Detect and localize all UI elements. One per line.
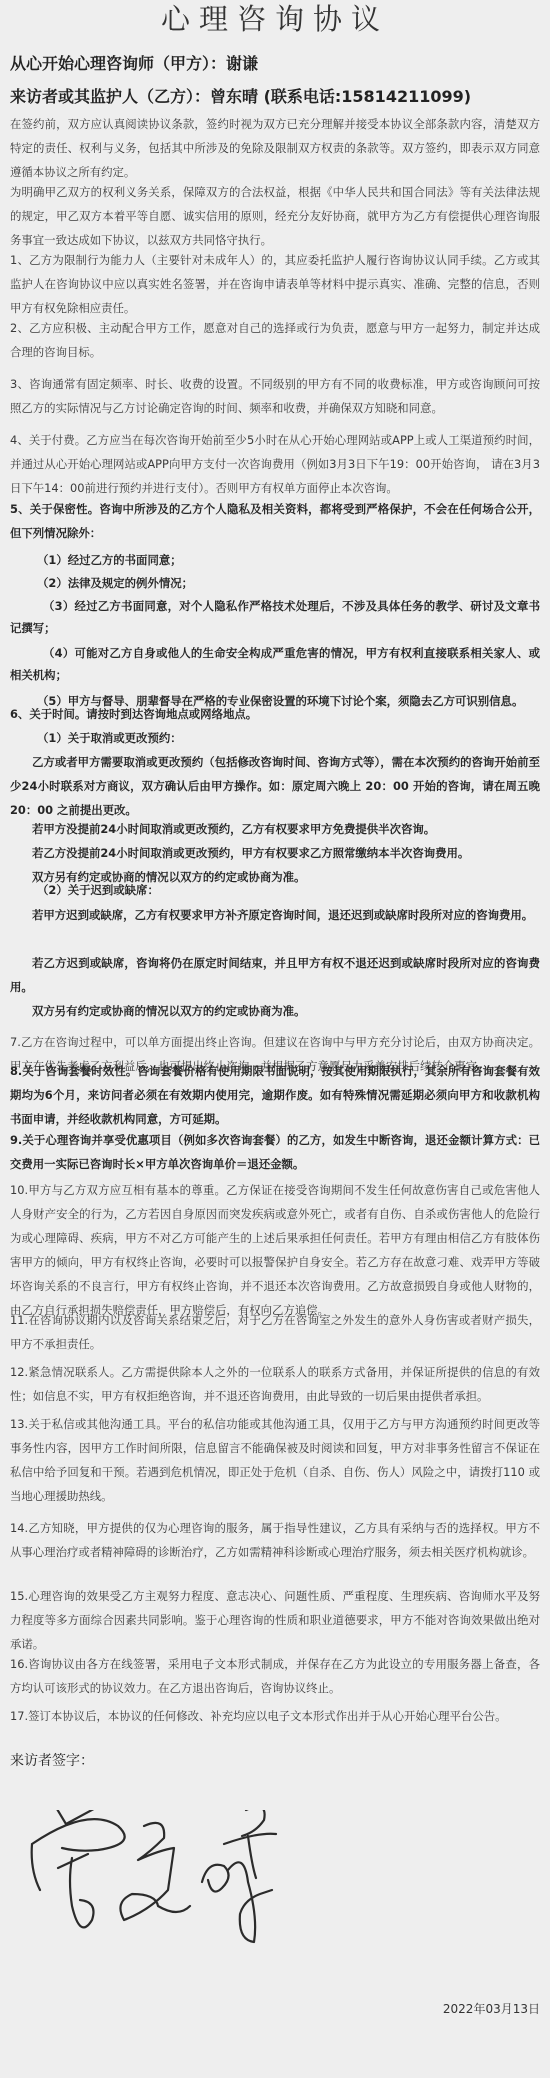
clause-5-item: （3）经过乙方书面同意，对个人隐私作严格技术处理后，不涉及具体任务的教学、研讨及… <box>10 595 540 639</box>
clause-6-sub2-b: 若乙方迟到或缺席，咨询将仍在原定时间结束，并且甲方有权不退还迟到或缺席时段所对应… <box>10 951 540 999</box>
clause-5-heading: 5、关于保密性。咨询中所涉及的乙方个人隐私及相关资料，都将受到严格保护，不会在任… <box>10 497 540 545</box>
clause-17: 17.签订本协议后，本协议的任何修改、补充均应以电子文本形式作出并于从心开始心理… <box>10 1704 540 1728</box>
clause-6-sub2-title: （2）关于迟到或缺席： <box>37 879 159 901</box>
clause-5-item: （1）经过乙方的书面同意； <box>37 549 182 571</box>
clause-14: 14.乙方知晓，甲方提供的仅为心理咨询的服务，属于指导性建议，乙方具有采纳与否的… <box>10 1516 540 1564</box>
clause-6-heading: 6、关于时间。请按时到达咨询地点或网络地点。 <box>10 703 257 725</box>
clause-3: 3、咨询通常有固定频率、时长、收费的设置。不同级别的甲方有不同的收费标准，甲方或… <box>10 372 540 420</box>
clause-6-sub2-a: 若甲方迟到或缺席，乙方有权要求甲方补齐原定咨询时间，退还迟到或缺席时段所对应的咨… <box>10 903 540 927</box>
party-b: 来访者或其监护人（乙方）：曾东晴 (联系电话:15814211099) <box>10 86 471 108</box>
clause-2: 2、乙方应积极、主动配合甲方工作，愿意对自己的选择或行为负责，愿意与甲方一起努力… <box>10 316 540 364</box>
signature-label: 来访者签字： <box>10 1750 94 1770</box>
party-a: 从心开始心理咨询师（甲方）：谢谦 <box>10 53 258 75</box>
clause-6-sub1-body: 乙方或者甲方需要取消或更改预约（包括修改咨询时间、咨询方式等），需在本次预约的咨… <box>10 750 540 822</box>
clause-16: 16.咨询协议由各方在线签署，采用电子文本形式制成，并保存在乙方为此设立的专用服… <box>10 1652 540 1700</box>
clause-15: 15.心理咨询的效果受乙方主观努力程度、意志决心、问题性质、严重程度、生理疾病、… <box>10 1584 540 1656</box>
clause-9: 9.关于心理咨询并享受优惠项目（例如多次咨询套餐）的乙方，如发生中断咨询，退还金… <box>10 1128 540 1176</box>
clause-6-sub1-a: 若甲方没提前24小时间取消或更改预约，乙方有权要求甲方免费提供半次咨询。 <box>32 818 435 840</box>
document-title: 心理咨询协议 <box>0 2 550 36</box>
signing-date: 2022年03月13日 <box>443 2000 540 2017</box>
intro: 为明确甲乙双方的权利义务关系，保障双方的合法权益，根据《中华人民共和国合同法》等… <box>10 180 540 252</box>
clause-4: 4、关于付费。乙方应当在每次咨询开始前至少5小时在从心开始心理网站或APP上或人… <box>10 428 540 500</box>
clause-13: 13.关于私信或其他沟通工具。平台的私信功能或其他沟通工具，仅用于乙方与甲方沟通… <box>10 1412 540 1508</box>
handwritten-signature <box>28 1810 288 1970</box>
clause-6-sub1-b: 若乙方没提前24小时间取消或更改预约，甲方有权要求乙方照常缴纳本半次咨询费用。 <box>32 842 469 864</box>
agreement-page: 心理咨询协议 从心开始心理咨询师（甲方）：谢谦 来访者或其监护人（乙方）：曾东晴… <box>0 0 550 2078</box>
clause-1: 1、乙方为限制行为能力人（主要针对未成年人）的，其应委托监护人履行咨询协议认同手… <box>10 248 540 320</box>
clause-11: 11.在咨询协议期内以及咨询关系结束之后，对于乙方在咨询室之外发生的意外人身伤害… <box>10 1308 540 1356</box>
clause-5-item: （2）法律及规定的例外情况； <box>37 572 193 594</box>
clause-6-sub2-c: 双方另有约定或协商的情况以双方的约定或协商为准。 <box>32 1000 305 1022</box>
clause-6-sub1-title: （1）关于取消或更改预约： <box>37 727 182 749</box>
clause-12: 12.紧急情况联系人。乙方需提供除本人之外的一位联系人的联系方式备用，并保证所提… <box>10 1360 540 1408</box>
preamble: 在签约前，双方应认真阅读协议条款，签约时视为双方已充分理解并接受本协议全部条款内… <box>10 112 540 184</box>
clause-8: 8.关于咨询套餐时效性。咨询套餐价格有使用期限书面说明，按其使用期限执行，其余所… <box>10 1059 540 1131</box>
clause-10: 10.甲方与乙方双方应互相有基本的尊重。乙方保证在接受咨询期间不发生任何故意伤害… <box>10 1178 540 1322</box>
clause-5-item: （4）可能对乙方自身或他人的生命安全构成严重危害的情况，甲方有权利直接联系相关家… <box>10 642 540 686</box>
